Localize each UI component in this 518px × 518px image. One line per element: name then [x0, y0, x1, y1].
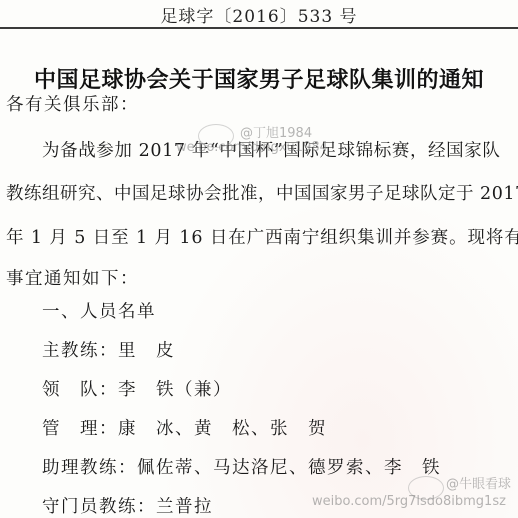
section-heading: 一、人员名单: [42, 298, 156, 323]
watermark-handle: @牛眼看球: [446, 473, 511, 492]
roster-role: 主教练：: [42, 341, 118, 361]
roster-names: 里 皮: [118, 341, 175, 361]
roster-role: 领 队：: [42, 380, 118, 400]
roster-names: 兰普拉: [156, 497, 213, 517]
body-line-4: 事宜通知如下：: [6, 265, 139, 290]
body-line-3: 年 1 月 5 日至 1 月 16 日在广西南宁组织集训并参赛。现将有关: [6, 224, 518, 249]
roster-row-head-coach: 主教练：里 皮: [42, 337, 175, 362]
watermark-url: weibo.com/5rg7lsdo8ibmg1sz: [312, 494, 506, 509]
salutation: 各有关俱乐部：: [6, 91, 139, 116]
roster-row-team-leader: 领 队：李 铁（兼）: [42, 376, 232, 401]
roster-names: 李 铁（兼）: [118, 380, 232, 400]
document-page: 足球字〔2016〕533 号 中国足球协会关于国家男子足球队集训的通知 各有关俱…: [0, 0, 518, 518]
document-title: 中国足球协会关于国家男子足球队集训的通知: [0, 63, 518, 94]
roster-role: 守门员教练：: [42, 497, 156, 517]
roster-row-management: 管 理：康 冰、黄 松、张 贺: [42, 415, 327, 440]
watermark-handle: @丁旭1984: [240, 122, 312, 141]
roster-row-assistant-coaches: 助理教练：佩佐蒂、马达洛尼、德罗索、李 铁: [42, 454, 441, 479]
roster-row-goalkeeper-coach: 守门员教练：兰普拉: [42, 493, 213, 518]
roster-names: 佩佐蒂、马达洛尼、德罗索、李 铁: [137, 458, 441, 478]
watermark-url: weibo.com/dingxu1984: [176, 140, 328, 155]
document-number: 足球字〔2016〕533 号: [0, 2, 518, 27]
roster-role: 管 理：: [42, 419, 118, 439]
header-divider: [0, 27, 518, 29]
body-line-2: 教练组研究、中国足球协会批准，中国国家男子足球队定于 2017: [6, 180, 518, 205]
roster-names: 康 冰、黄 松、张 贺: [118, 419, 327, 439]
roster-role: 助理教练：: [42, 458, 137, 478]
